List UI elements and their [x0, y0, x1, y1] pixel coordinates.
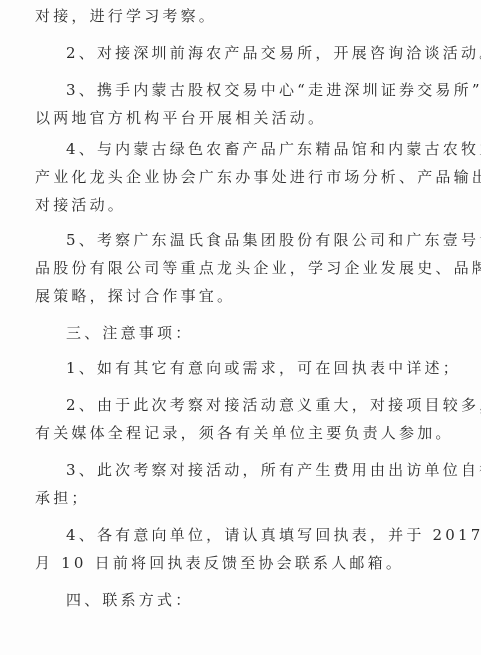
document-text-line: 3、此次考察对接活动，所有产生费用由出访单位自行 [66, 460, 440, 480]
document-text-line: 产业化龙头企业协会广东办事处进行市场分析、产品输出等 [35, 167, 440, 187]
document-text-line: 对接，进行学习考察。 [35, 6, 440, 26]
document-text-line: 5、考察广东温氏食品集团股份有限公司和广东壹号食 [66, 230, 440, 250]
document-text-line: 三、注意事项： [66, 323, 440, 343]
document-text-line: 四、联系方式： [66, 590, 440, 610]
document-text-line: 承担； [35, 488, 440, 508]
document-text-line: 有关媒体全程记录，须各有关单位主要负责人参加。 [35, 423, 440, 443]
document-text-line: 以两地官方机构平台开展相关活动。 [35, 108, 440, 128]
document-text-line: 2、对接深圳前海农产品交易所，开展咨询洽谈活动。 [66, 43, 440, 63]
document-text-line: 1、如有其它有意向或需求，可在回执表中详述； [66, 358, 440, 378]
document-text-line: 展策略，探讨合作事宜。 [35, 286, 440, 306]
document-text-line: 4、各有意向单位，请认真填写回执表，并于 2017 年 5 [66, 525, 440, 545]
document-text-line: 对接活动。 [35, 195, 440, 215]
document-text-line: 3、携手内蒙古股权交易中心“走进深圳证券交易所”， [66, 80, 440, 100]
document-text-line: 月 10 日前将回执表反馈至协会联系人邮箱。 [35, 553, 440, 573]
document-text-line: 4、与内蒙古绿色农畜产品广东精品馆和内蒙古农牧业 [66, 139, 440, 159]
document-page: 对接，进行学习考察。2、对接深圳前海农产品交易所，开展咨询洽谈活动。3、携手内蒙… [0, 0, 481, 655]
document-text-line: 品股份有限公司等重点龙头企业，学习企业发展史、品牌发 [35, 258, 440, 278]
document-text-line: 2、由于此次考察对接活动意义重大，对接项目较多， [66, 395, 440, 415]
